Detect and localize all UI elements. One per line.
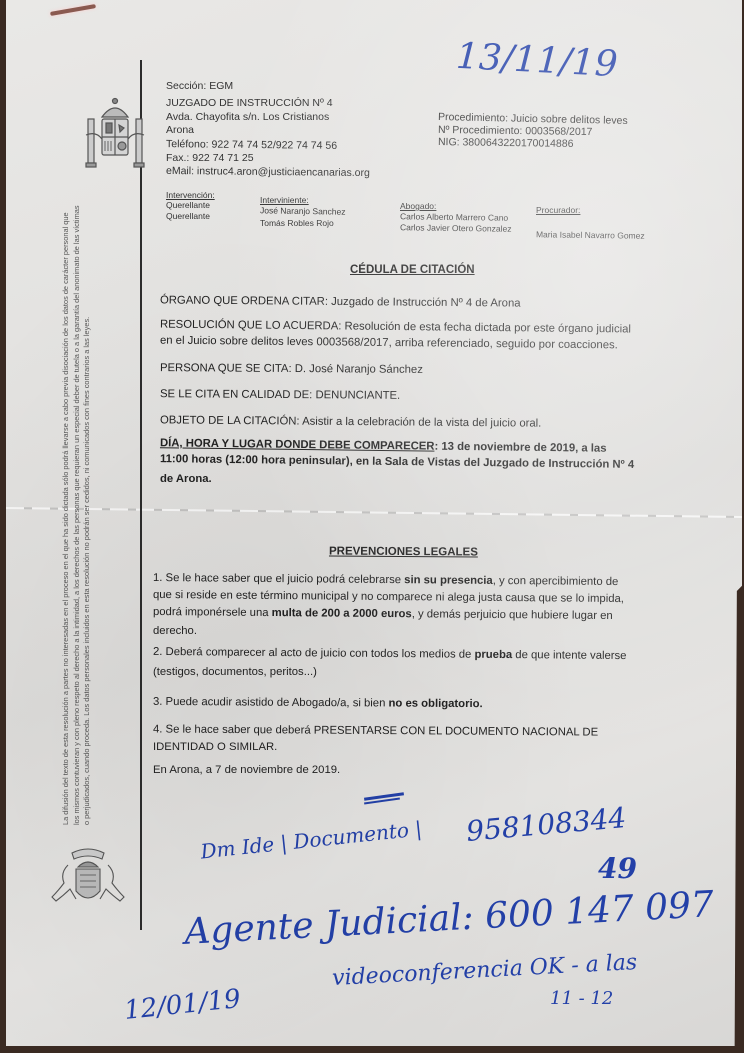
section-label: Sección: EGM xyxy=(166,80,233,93)
prevencion-1-bold: sin su presencia xyxy=(404,574,493,587)
calidad-line: SE LE CITA EN CALIDAD DE: DENUNCIANTE. xyxy=(160,388,400,402)
prevencion-2-bold: prueba xyxy=(474,649,512,661)
prevencion-1-fine: multa de 200 a 2000 euros xyxy=(272,607,412,620)
handwritten-phone-suffix: 49 xyxy=(598,852,637,885)
resolucion-label: RESOLUCIÓN QUE LO ACUERDA: xyxy=(160,319,342,333)
prevencion-4: 4. Se le hace saber que deberá PRESENTAR… xyxy=(153,723,598,738)
dia-line: DÍA, HORA Y LUGAR DONDE DEBE COMPARECER:… xyxy=(160,437,607,454)
calidad-value: DENUNCIANTE. xyxy=(315,389,400,402)
prevenciones-title: PREVENCIONES LEGALES xyxy=(329,545,478,558)
margin-rule xyxy=(140,60,142,930)
court-email: eMail: instruc4.aron@justiciaencanarias.… xyxy=(166,165,370,180)
handwritten-note-documento: Dm Ide | Documento | xyxy=(199,816,423,863)
court-fax: Fax.: 922 74 71 25 xyxy=(166,152,254,165)
prevencion-2: 2. Deberá comparecer al acto de juicio c… xyxy=(153,646,627,662)
intervencion-2: Querellante xyxy=(166,211,210,222)
handwritten-agente-judicial: Agente Judicial: 600 147 097 xyxy=(183,884,715,953)
procurador-label: Procurador: xyxy=(536,205,580,216)
abogado-2: Carlos Javier Otero Gonzalez xyxy=(400,222,512,235)
resolucion-value: Resolución de esta fecha dictada por est… xyxy=(345,320,631,335)
prevencion-3-bold: no es obligatorio. xyxy=(388,697,482,710)
prevencion-3-text: 3. Puede acudir asistido de Abogado/a, s… xyxy=(153,696,389,710)
intervencion-1: Querellante xyxy=(166,200,210,211)
prevencion-2-text-end: de que intente valerse xyxy=(512,649,626,662)
prevencion-2-line-2: (testigos, documentos, peritos...) xyxy=(153,666,317,678)
procurador-1: Maria Isabel Navarro Gomez xyxy=(536,229,645,242)
persona-line: PERSONA QUE SE CITA: D. José Naranjo Sán… xyxy=(160,362,423,376)
prevencion-1-line-3-end: , y demás perjuicio que hubiere lugar en xyxy=(412,608,613,622)
handwritten-time: 11 - 12 xyxy=(550,988,613,1009)
prevencion-1-text-end: , y con apercibimiento de xyxy=(493,575,619,588)
spain-coat-of-arms-icon xyxy=(84,95,146,175)
prevencion-1-line-4: derecho. xyxy=(153,625,197,637)
staple-mark xyxy=(50,4,96,16)
dia-line-3: de Arona. xyxy=(160,473,212,485)
organo-value: Juzgado de Instrucción Nº 4 de Arona xyxy=(331,296,520,310)
resolucion-line-2: en el Juicio sobre delitos leves 0003568… xyxy=(160,335,618,352)
calidad-label: SE LE CITA EN CALIDAD DE: xyxy=(160,388,312,401)
handwritten-phone: 958108344 xyxy=(465,801,628,848)
court-city: Arona xyxy=(166,124,194,137)
prevencion-1-line-3-text: podrá imponérsele una xyxy=(153,606,272,619)
organo-label: ÓRGANO QUE ORDENA CITAR: xyxy=(160,294,328,307)
prevencion-1-text: 1. Se le hace saber que el juicio podrá … xyxy=(153,572,404,586)
handwritten-top-date: 13/11/19 xyxy=(455,36,619,85)
objeto-label: OBJETO DE LA CITACIÓN: xyxy=(160,414,300,427)
canarias-coat-of-arms-icon xyxy=(48,845,128,913)
interviniente-1: José Naranjo Sanchez xyxy=(260,205,346,217)
procedure-nig: NIG: 3800643220170014886 xyxy=(438,136,574,151)
prevencion-2-text: 2. Deberá comparecer al acto de juicio c… xyxy=(153,646,475,661)
closing-date: En Arona, a 7 de noviembre de 2019. xyxy=(153,764,340,776)
prevencion-4-line-2: IDENTIDAD O SIMILAR. xyxy=(153,741,277,753)
prevencion-1-line-3: podrá imponérsele una multa de 200 a 200… xyxy=(153,606,613,622)
dia-line-2: 11:00 horas (12:00 hora peninsular), en … xyxy=(160,453,634,471)
prevencion-3: 3. Puede acudir asistido de Abogado/a, s… xyxy=(153,696,483,710)
prevencion-1: 1. Se le hace saber que el juicio podrá … xyxy=(153,572,618,588)
prevencion-1-line-2: que si reside en este término municipal … xyxy=(153,589,624,605)
privacy-notice: La difusión del texto de esta resolución… xyxy=(61,205,121,825)
objeto-line: OBJETO DE LA CITACIÓN: Asistir a la cele… xyxy=(160,414,541,429)
organo-line: ÓRGANO QUE ORDENA CITAR: Juzgado de Inst… xyxy=(160,294,521,309)
document-title: CÉDULA DE CITACIÓN xyxy=(350,264,475,276)
dia-label: DÍA, HORA Y LUGAR DONDE DEBE COMPARECER xyxy=(160,437,435,452)
handwritten-videoconferencia: videoconferencia OK - a las xyxy=(332,950,638,991)
interviniente-label: Interviniente: xyxy=(260,195,309,206)
interviniente-2: Tomás Robles Rojo xyxy=(260,218,334,229)
court-address: Avda. Chayofita s/n. Los Cristianos xyxy=(166,111,329,124)
persona-value: D. José Naranjo Sánchez xyxy=(295,363,423,376)
objeto-value: Asistir a la celebración de la vista del… xyxy=(302,416,541,430)
document-page: Sección: EGM JUZGADO DE INSTRUCCIÓN Nº 4… xyxy=(6,0,742,1046)
court-name: JUZGADO DE INSTRUCCIÓN Nº 4 xyxy=(166,97,333,110)
dia-value: : 13 de noviembre de 2019, a las xyxy=(434,441,606,455)
handwritten-date: 12/01/19 xyxy=(123,984,242,1026)
court-phone: Teléfono: 922 74 74 52/922 74 74 56 xyxy=(166,138,337,153)
persona-label: PERSONA QUE SE CITA: xyxy=(160,362,292,375)
resolucion-line: RESOLUCIÓN QUE LO ACUERDA: Resolución de… xyxy=(160,319,631,336)
